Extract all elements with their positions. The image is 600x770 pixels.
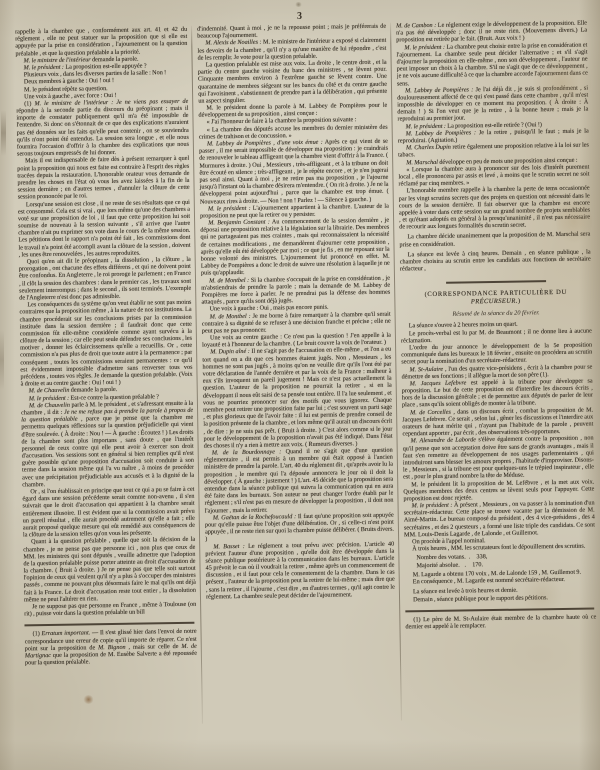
article-paragraph: M. de Cambon : Le réglement exige le dév… <box>396 20 587 45</box>
article-paragraph: L'honorable membre rappelle à la chambre… <box>399 185 591 231</box>
section-rule <box>446 281 546 285</box>
newspaper-page: 3 rappelle à la chambre que , conforméme… <box>0 0 600 770</box>
speaker-name: M. de Montbel : <box>210 312 251 320</box>
speaker-name: M. le président : <box>208 205 251 213</box>
speaker-name: M. Bignon <box>98 644 126 651</box>
speaker-name: d'une voix émue : <box>277 139 323 147</box>
column-3: M. de Cambon : Le réglement exige le dév… <box>396 20 598 717</box>
article-paragraph: Or , si l'on établissait en principe que… <box>22 486 195 539</box>
speaker-name: M. Marschal <box>406 158 438 165</box>
article-paragraph: Les conséquences du système qu'on veut é… <box>19 299 192 388</box>
speaker-name: Je ne me refuse pas à prendre la parole … <box>21 407 193 424</box>
article-paragraph: M. Labbey de Pompières : Je l'ai déjà di… <box>397 84 589 123</box>
speaker-name: Erratum important. <box>41 630 90 638</box>
speaker-name: M. de Montbel : <box>209 276 249 284</box>
article-columns: rappelle à la chambre que , conformément… <box>15 20 598 727</box>
page-edge-mark <box>0 330 4 390</box>
article-paragraph: M. le président : À présent , Messieurs … <box>404 500 596 539</box>
article-paragraph: M. de la Bourdonnaye : Quand il ne s'agi… <box>204 447 394 515</box>
speaker-name: M. St-Aulaire <box>409 365 443 373</box>
speaker-name: M. de Corcelles <box>410 408 451 416</box>
article-paragraph: M. Benjamin Constant : Au commencement d… <box>200 217 390 277</box>
speaker-name: M. Charles Dupin <box>406 144 451 152</box>
article-paragraph: La séance est levée à cinq heures. Demai… <box>400 248 591 273</box>
article-paragraph: Je ne suppose pas que personne en France… <box>24 601 196 618</box>
session-summary-title: Résumé de la séance du 20 février. <box>401 309 592 320</box>
article-paragraph: M. Alexis de Noailles : M. le ministre d… <box>197 37 386 62</box>
article-paragraph: M. de Montbel : Si la chambre s'occupait… <box>201 274 390 306</box>
correspondence-header: (CORRESPONDANCE PARTICULIÈRE DU PRÉCURSE… <box>400 289 591 308</box>
speaker-name: M. le ministre de l'intérieur : <box>34 99 113 107</box>
article-paragraph: M. de Chauvelin parle à M. le président … <box>21 399 194 488</box>
article-paragraph: M. Basset : Le réglement a tout prévu av… <box>205 540 395 600</box>
article-paragraph: La question préalable est mise aux voix.… <box>198 59 388 105</box>
speaker-name: M. Alexandre de Laborde <box>411 437 477 445</box>
article-paragraph: L'ordre du jour annonce le développement… <box>401 341 592 366</box>
article-paragraph: M. de Montbel : Je me borne à faire rema… <box>202 310 391 335</box>
article-paragraph: M. Alexandre de Laborde s'élève égalemen… <box>403 435 595 481</box>
column-1: rappelle à la chambre que , conformément… <box>15 26 198 723</box>
article-paragraph: M. Jacques Lefebvre est appelé à la trib… <box>402 377 593 409</box>
speaker-name: M. de Cambon : <box>396 22 436 30</box>
speaker-name: M. Labbey de Pompières : <box>405 86 473 94</box>
speaker-name: M. Labbey de Pompières : <box>406 129 476 137</box>
article-paragraph: M. le président : La chambre peut choisi… <box>396 41 588 87</box>
speaker-name: M. le président : <box>412 502 453 510</box>
article-paragraph: M. le président lit la proposition de M.… <box>403 478 594 503</box>
speaker-name: M. Alexis de Noailles : <box>205 39 261 47</box>
footnote-rule <box>405 607 594 612</box>
article-paragraph: Mais il est indispensable de faire dès à… <box>17 155 190 201</box>
speaker-name: M. Benjamin Constant : <box>208 219 270 227</box>
page-edge-mark <box>1 110 6 156</box>
paper-speck <box>295 2 302 7</box>
footnote: (1) Erratum important. — Il s'est glissé… <box>24 628 197 667</box>
article-paragraph: La chambre décide unanimement que la pro… <box>399 231 590 248</box>
article-paragraph: Quant à la question préalable , quelle q… <box>23 536 196 603</box>
article-paragraph: M. de Corcelles , dans un discours écrit… <box>402 406 593 438</box>
speaker-name: M. Gaëtan de la Rochefoucauld : <box>213 513 296 521</box>
speaker-name: Je ne viens pas essayer de <box>113 98 188 106</box>
speaker-name: M. Labbey de Pompières <box>207 139 271 147</box>
article-paragraph: rappelle à la chambre que , conformément… <box>15 26 188 57</box>
article-paragraph: Quoi qu'en ait dit le préopinant , la di… <box>19 256 192 302</box>
footnote: (1) Le père de M. St-Aulaire était membr… <box>405 613 596 630</box>
article-paragraph: « Lorsque la chambre aura à prononcer su… <box>398 163 589 188</box>
speaker-name: M. Jacques Lefebvre <box>410 379 467 387</box>
speaker-name: M. de la Bourdonnaye : <box>212 448 282 456</box>
article-paragraph: (1) M. le ministre de l'intérieur : Je n… <box>16 98 189 158</box>
article-paragraph: M. Dupin aîné : Il ne s'agit pas de l'ac… <box>202 346 392 450</box>
footnote-rule <box>24 622 194 627</box>
article-paragraph: Lorsqu'une session est close , il ne res… <box>18 198 191 258</box>
column-2: d'indemnité. Quant à moi , je ne la repo… <box>197 23 397 720</box>
speaker-name: M. Dupin aîné : <box>210 348 250 356</box>
article-paragraph: M. Gaëtan de la Rochefoucauld : Il faut … <box>205 511 394 543</box>
speaker-name: M. Basset : <box>213 542 245 549</box>
speaker-name: PRÉCURSEUR <box>471 298 516 306</box>
speaker-name: M. le président : <box>404 43 445 51</box>
article-paragraph: M. Labbey de Pompières , d'une voix émue… <box>199 138 389 206</box>
